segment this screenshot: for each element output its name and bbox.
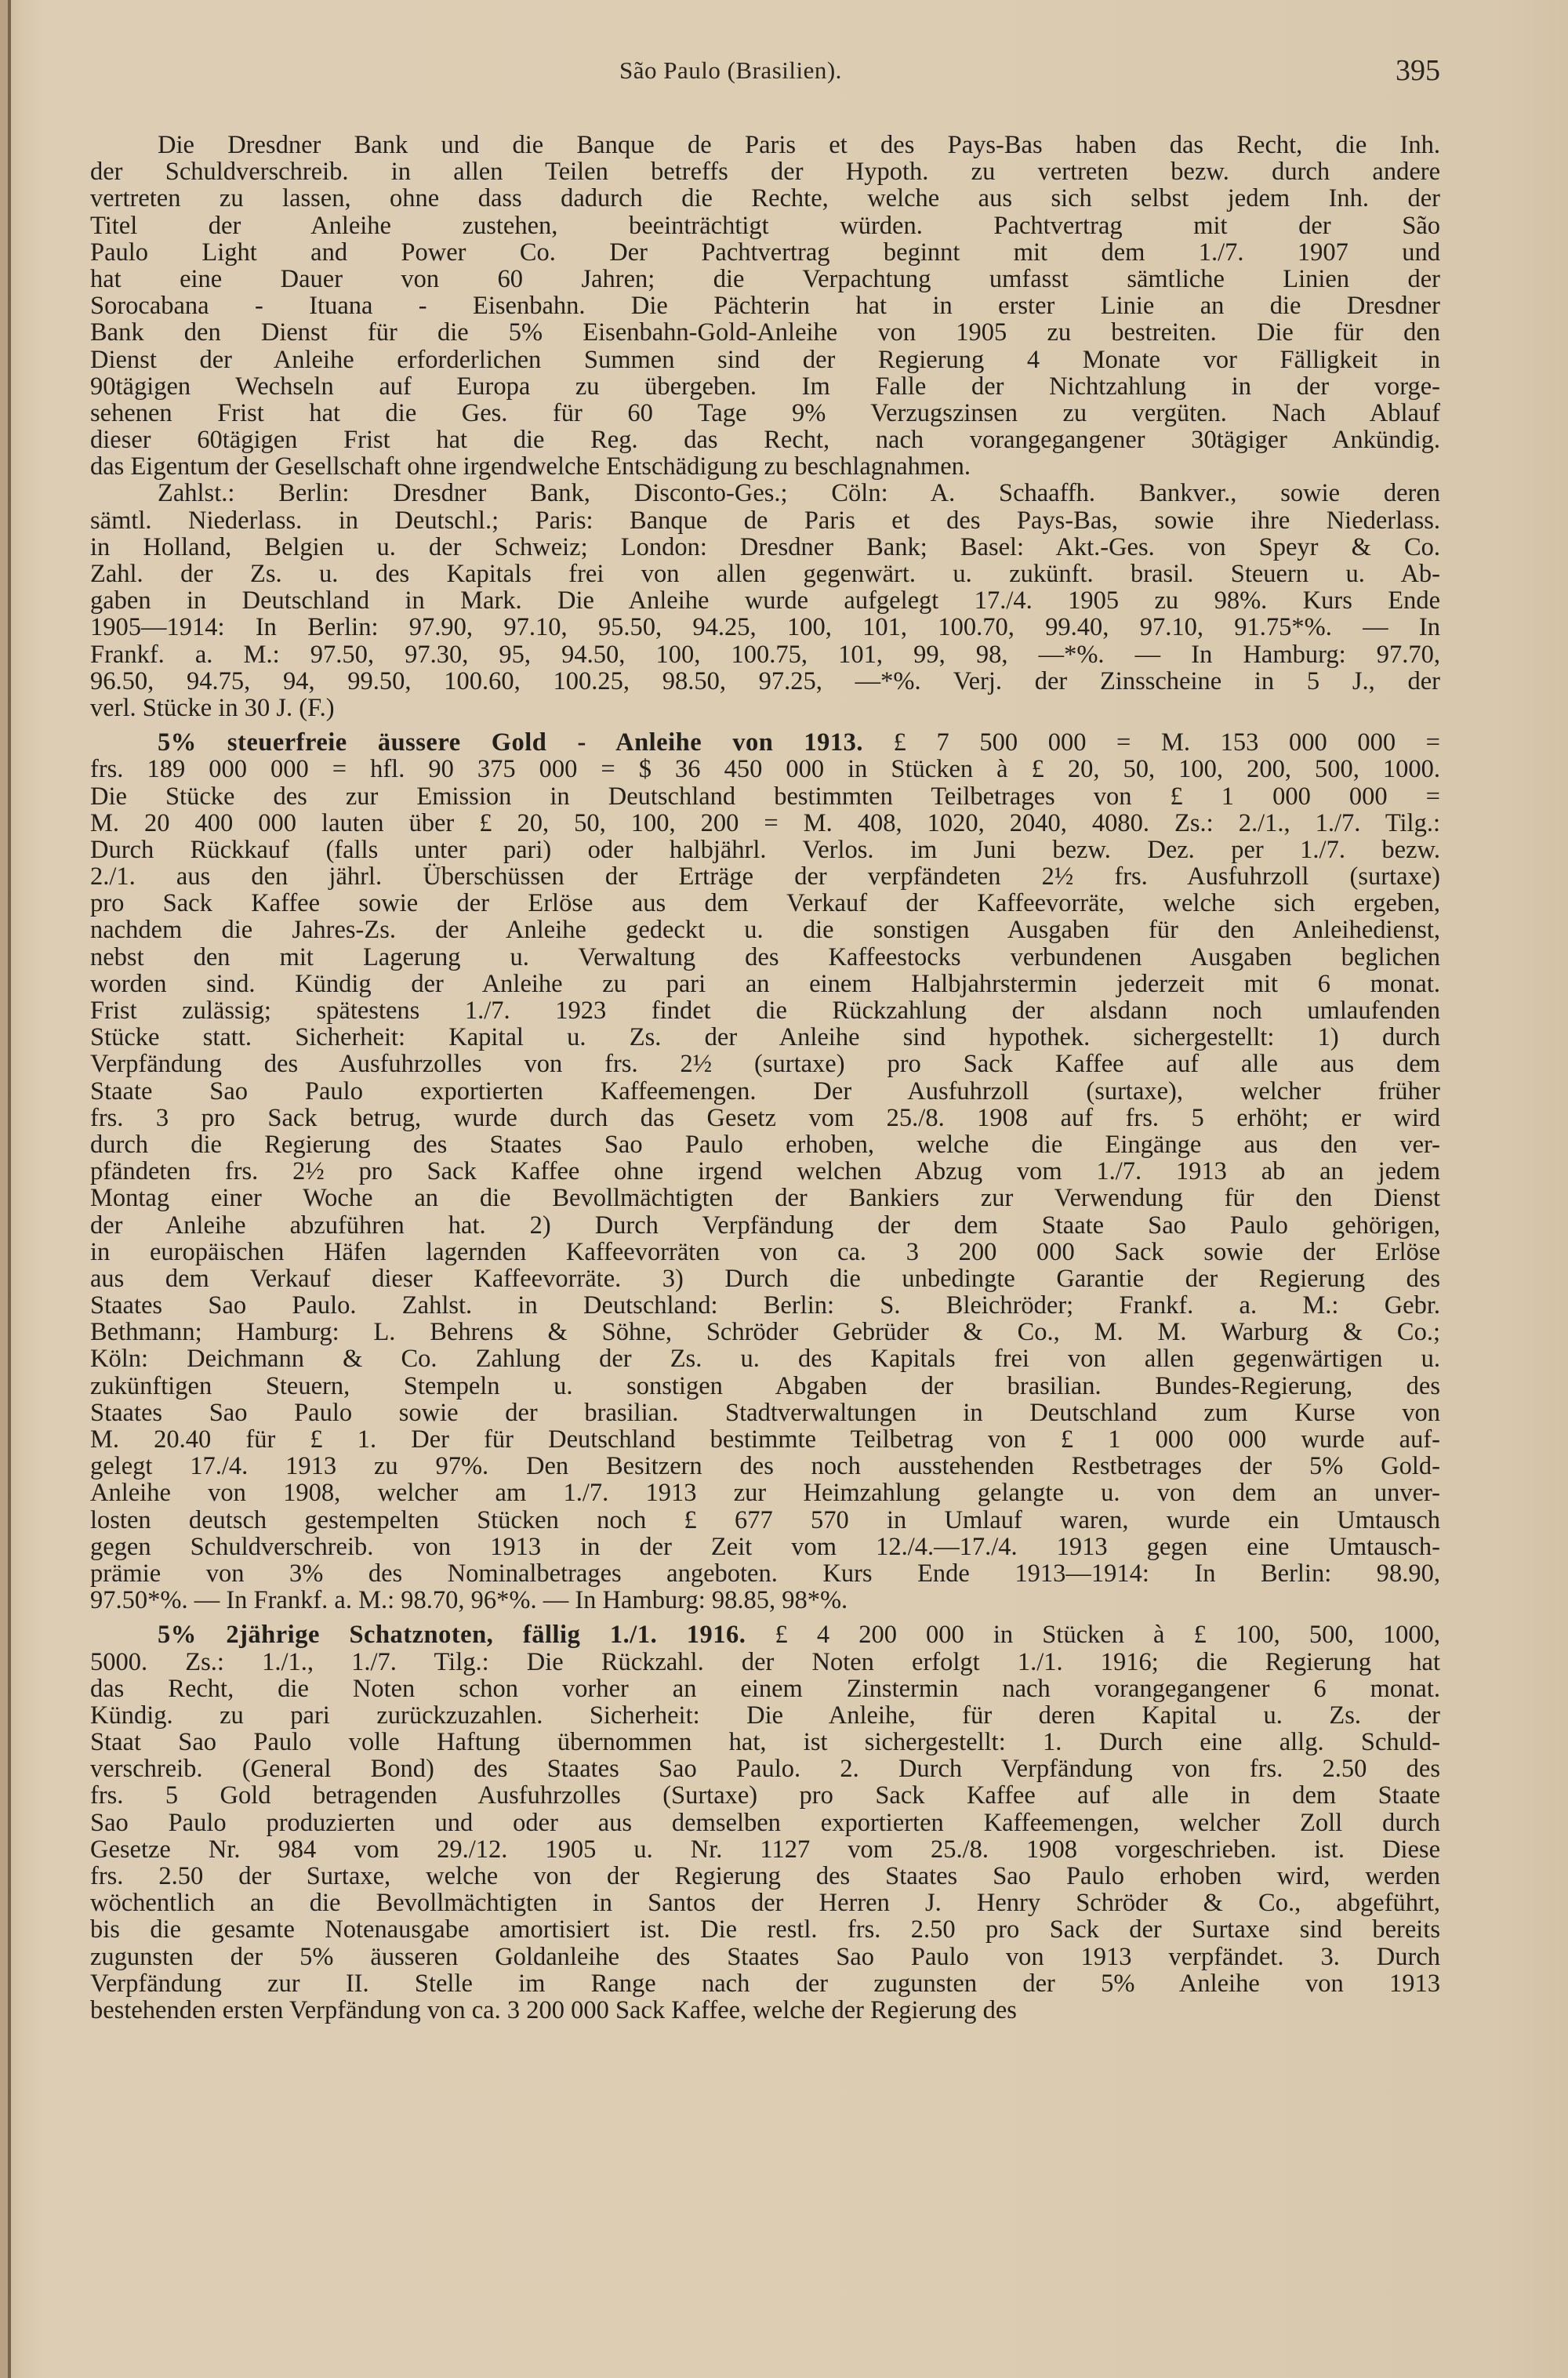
text-line: 5% steuerfreie äussere Gold - Anleihe vo…	[90, 729, 1440, 756]
text-line: Gesetze Nr. 984 vom 29./12. 1905 u. Nr. …	[90, 1836, 1440, 1863]
text-line: zugunsten der 5% äusseren Goldanleihe de…	[90, 1944, 1440, 1970]
text-line: prämie von 3% des Nominalbetrages angebo…	[90, 1560, 1440, 1587]
page-number: 395	[1396, 53, 1440, 88]
text-line: verschreib. (General Bond) des Staates S…	[90, 1755, 1440, 1782]
text-line: dieser 60tägigen Frist hat die Reg. das …	[90, 427, 1440, 453]
paragraph-treasury-notes-1916: 5% 2jährige Schatznoten, fällig 1./1. 19…	[90, 1621, 1440, 2024]
section-heading: 5% steuerfreie äussere Gold - Anleihe vo…	[158, 728, 863, 757]
text-line: 97.50*%. — In Frankf. a. M.: 98.70, 96*%…	[90, 1587, 1440, 1614]
text-line: Sorocabana - Ituana - Eisenbahn. Die Päc…	[90, 292, 1440, 319]
text-line: Die Dresdner Bank und die Banque de Pari…	[90, 132, 1440, 158]
text-line: das Recht, die Noten schon vorher an ein…	[90, 1675, 1440, 1702]
paragraph-lease-agreement: Die Dresdner Bank und die Banque de Pari…	[90, 132, 1440, 480]
text-line: Kündig. zu pari zurückzuzahlen. Sicherhe…	[90, 1702, 1440, 1729]
body-text: Die Dresdner Bank und die Banque de Pari…	[90, 132, 1440, 2024]
text-line: Staat Sao Paulo volle Haftung übernommen…	[90, 1729, 1440, 1755]
text-line: in europäischen Häfen lagernden Kaffeevo…	[90, 1239, 1440, 1265]
text-line: losten deutsch gestempelten Stücken noch…	[90, 1507, 1440, 1534]
text-line: Frist zulässig; spätestens 1./7. 1923 fi…	[90, 997, 1440, 1024]
running-title: São Paulo (Brasilien).	[619, 56, 842, 85]
text-line: pro Sack Kaffee sowie der Erlöse aus dem…	[90, 890, 1440, 917]
running-head: São Paulo (Brasilien). 395	[0, 56, 1568, 88]
text-line: gelegt 17./4. 1913 zu 97%. Den Besitzern…	[90, 1453, 1440, 1479]
text-line: Paulo Light and Power Co. Der Pachtvertr…	[90, 239, 1440, 266]
text-line: in Holland, Belgien u. der Schweiz; Lond…	[90, 534, 1440, 561]
paragraph-paying-agents-1905: Zahlst.: Berlin: Dresdner Bank, Disconto…	[90, 480, 1440, 721]
text-line: Montag einer Woche an die Bevollmächtigt…	[90, 1185, 1440, 1211]
text-line: Stücke statt. Sicherheit: Kapital u. Zs.…	[90, 1024, 1440, 1051]
text-line: Die Stücke des zur Emission in Deutschla…	[90, 783, 1440, 810]
text-line: sämtl. Niederlass. in Deutschl.; Paris: …	[90, 507, 1440, 534]
text-line: M. 20 400 000 lauten über £ 20, 50, 100,…	[90, 810, 1440, 837]
text-line: das Eigentum der Gesellschaft ohne irgen…	[90, 453, 1440, 480]
text-line: 5000. Zs.: 1./1., 1./7. Tilg.: Die Rückz…	[90, 1649, 1440, 1675]
text-line: worden sind. Kündig der Anleihe zu pari …	[90, 971, 1440, 997]
text-line: Verpfändung des Ausfuhrzolles von frs. 2…	[90, 1051, 1440, 1077]
text-line: Sao Paulo produzierten und oder aus dems…	[90, 1810, 1440, 1836]
text-line: bestehenden ersten Verpfändung von ca. 3…	[90, 1997, 1440, 2024]
scanned-page: São Paulo (Brasilien). 395 Die Dresdner …	[0, 0, 1568, 2378]
text-line: frs. 3 pro Sack betrug, wurde durch das …	[90, 1105, 1440, 1131]
text-line: Frankf. a. M.: 97.50, 97.30, 95, 94.50, …	[90, 641, 1440, 668]
text-line: bis die gesamte Notenausgabe amortisiert…	[90, 1916, 1440, 1943]
text-line: pfändeten frs. 2½ pro Sack Kaffee ohne i…	[90, 1158, 1440, 1185]
text-line: durch die Regierung des Staates Sao Paul…	[90, 1131, 1440, 1158]
text-line: Anleihe von 1908, welcher am 1./7. 1913 …	[90, 1479, 1440, 1506]
text-line: aus dem Verkauf dieser Kaffeevorräte. 3)…	[90, 1265, 1440, 1292]
text-line: verl. Stücke in 30 J. (F.)	[90, 695, 1440, 721]
text-line: Staates Sao Paulo. Zahlst. in Deutschlan…	[90, 1292, 1440, 1319]
page-binding-edge	[0, 0, 8, 2378]
text-line: Staates Sao Paulo sowie der brasilian. S…	[90, 1400, 1440, 1426]
text-line: Zahlst.: Berlin: Dresdner Bank, Disconto…	[90, 480, 1440, 506]
text-line: Titel der Anleihe zustehen, beeinträchti…	[90, 212, 1440, 239]
text-line: frs. 2.50 der Surtaxe, welche von der Re…	[90, 1863, 1440, 1890]
text-line: Köln: Deichmann & Co. Zahlung der Zs. u.…	[90, 1345, 1440, 1372]
text-line: vertreten zu lassen, ohne dass dadurch d…	[90, 185, 1440, 212]
page-binding-line	[8, 0, 11, 2378]
text-line: Durch Rückkauf (falls unter pari) oder h…	[90, 837, 1440, 863]
text-line: M. 20.40 für £ 1. Der für Deutschland be…	[90, 1426, 1440, 1453]
text-line: 5% 2jährige Schatznoten, fällig 1./1. 19…	[90, 1621, 1440, 1648]
text-line: der Anleihe abzuführen hat. 2) Durch Ver…	[90, 1212, 1440, 1239]
text-line: gegen Schuldverschreib. von 1913 in der …	[90, 1534, 1440, 1560]
text-run: £ 4 200 000 in Stücken à £ 100, 500, 100…	[746, 1621, 1440, 1649]
text-line: Dienst der Anleihe erforderlichen Summen…	[90, 347, 1440, 373]
text-line: 1905—1914: In Berlin: 97.90, 97.10, 95.5…	[90, 614, 1440, 641]
text-line: wöchentlich an die Bevollmächtigten in S…	[90, 1890, 1440, 1916]
section-heading: 5% 2jährige Schatznoten, fällig 1./1. 19…	[158, 1621, 746, 1649]
text-line: nebst den mit Lagerung u. Verwaltung des…	[90, 944, 1440, 971]
text-line: Zahl. der Zs. u. des Kapitals frei von a…	[90, 561, 1440, 587]
text-line: Staate Sao Paulo exportierten Kaffeemeng…	[90, 1078, 1440, 1105]
text-line: frs. 189 000 000 = hfl. 90 375 000 = $ 3…	[90, 756, 1440, 782]
text-line: hat eine Dauer von 60 Jahren; die Verpac…	[90, 266, 1440, 292]
text-line: sehenen Frist hat die Ges. für 60 Tage 9…	[90, 400, 1440, 427]
text-line: zukünftigen Steuern, Stempeln u. sonstig…	[90, 1373, 1440, 1400]
text-line: 90tägigen Wechseln auf Europa zu übergeb…	[90, 373, 1440, 400]
text-line: gaben in Deutschland in Mark. Die Anleih…	[90, 587, 1440, 614]
text-line: 2./1. aus den jährl. Überschüssen der Er…	[90, 863, 1440, 890]
text-line: frs. 5 Gold betragenden Ausfuhrzolles (S…	[90, 1782, 1440, 1809]
text-line: 96.50, 94.75, 94, 99.50, 100.60, 100.25,…	[90, 668, 1440, 695]
text-line: der Schuldverschreib. in allen Teilen be…	[90, 158, 1440, 185]
text-line: Bank den Dienst für die 5% Eisenbahn-Gol…	[90, 319, 1440, 346]
text-line: Verpfändung zur II. Stelle im Range nach…	[90, 1970, 1440, 1997]
text-line: nachdem die Jahres-Zs. der Anleihe gedec…	[90, 917, 1440, 943]
text-line: Bethmann; Hamburg: L. Behrens & Söhne, S…	[90, 1319, 1440, 1345]
text-run: £ 7 500 000 = M. 153 000 000 =	[863, 728, 1440, 757]
paragraph-gold-loan-1913: 5% steuerfreie äussere Gold - Anleihe vo…	[90, 729, 1440, 1614]
